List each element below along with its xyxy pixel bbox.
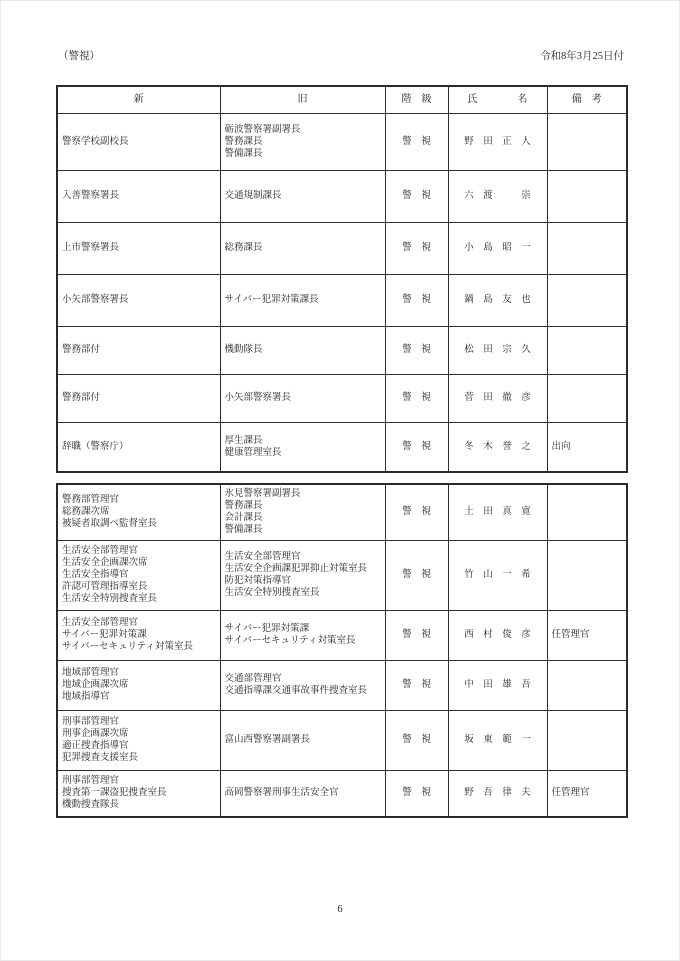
cell-remarks (547, 660, 627, 710)
cell-new-position: 警務部付 (57, 326, 220, 374)
cell-name: 冬 木 誉 之 (448, 422, 547, 472)
personnel-table-lower: 警務部管理官 総務課次席 被疑者取調べ監督室長 氷見警察署副署長 警務課長 会計… (56, 483, 628, 818)
cell-old-position: 富山西警察署副署長 (220, 710, 385, 770)
cell-name: 竹 山 一 希 (448, 540, 547, 610)
cell-new-position: 生活安全部管理官 サイバー犯罪対策課 サイバーセキュリティ対策室長 (57, 610, 220, 660)
cell-name: 野 田 正 人 (448, 113, 547, 170)
cell-rank: 警 視 (385, 770, 448, 817)
cell-remarks (547, 484, 627, 540)
cell-rank: 警 視 (385, 484, 448, 540)
cell-name: 六 渡 崇 (448, 170, 547, 222)
cell-name: 西 村 俊 彦 (448, 610, 547, 660)
cell-new-position: 刑事部管理官 捜査第一課盗犯捜査室長 機動捜査隊長 (57, 770, 220, 817)
cell-new-position: 警務部付 (57, 374, 220, 422)
cell-rank: 警 視 (385, 374, 448, 422)
cell-new-position: 小矢部警察署長 (57, 274, 220, 326)
cell-remarks (547, 170, 627, 222)
cell-name: 菅 田 徹 彦 (448, 374, 547, 422)
cell-old-position: 氷見警察署副署長 警務課長 会計課長 警備課長 (220, 484, 385, 540)
cell-new-position: 上市警察署長 (57, 222, 220, 274)
classification-label: （警視） (58, 51, 100, 63)
table-row: 警務部管理官 総務課次席 被疑者取調べ監督室長 氷見警察署副署長 警務課長 会計… (57, 484, 627, 540)
cell-rank: 警 視 (385, 170, 448, 222)
cell-old-position: 生活安全部管理官 生活安全企画課犯罪抑止対策室長 防犯対策指導官 生活安全特別捜… (220, 540, 385, 610)
table-row: 入善警察署長 交通規制課長 警 視 六 渡 崇 (57, 170, 627, 222)
cell-old-position: 機動隊長 (220, 326, 385, 374)
cell-new-position: 警察学校副校長 (57, 113, 220, 170)
page-number: 6 (1, 904, 679, 915)
cell-new-position: 生活安全部管理官 生活安全企画課次席 生活安全指導官 許認可管理指導室長 生活安… (57, 540, 220, 610)
cell-old-position: 総務課長 (220, 222, 385, 274)
cell-rank: 警 視 (385, 422, 448, 472)
cell-remarks: 出向 (547, 422, 627, 472)
cell-new-position: 警務部管理官 総務課次席 被疑者取調べ監督室長 (57, 484, 220, 540)
column-header-new: 新 (57, 86, 220, 113)
table-row: 辞職（警察庁） 厚生課長 健康管理室長 警 視 冬 木 誉 之 出向 (57, 422, 627, 472)
cell-new-position: 刑事部管理官 刑事企画課次席 適正捜査指導官 犯罪捜査支援室長 (57, 710, 220, 770)
cell-name: 坂 東 範 一 (448, 710, 547, 770)
cell-new-position: 入善警察署長 (57, 170, 220, 222)
cell-name: 野 吾 律 夫 (448, 770, 547, 817)
cell-remarks (547, 222, 627, 274)
cell-rank: 警 視 (385, 660, 448, 710)
cell-old-position: サイバー犯罪対策課 サイバーセキュリティ対策室長 (220, 610, 385, 660)
column-header-rank: 階 級 (385, 86, 448, 113)
cell-remarks (547, 326, 627, 374)
table-row: 警務部付 機動隊長 警 視 松 田 宗 久 (57, 326, 627, 374)
table-row: 上市警察署長 総務課長 警 視 小 島 昭 一 (57, 222, 627, 274)
table-row: 警察学校副校長 砺波警察署副署長 警務課長 警備課長 警 視 野 田 正 人 (57, 113, 627, 170)
table-row: 刑事部管理官 刑事企画課次席 適正捜査指導官 犯罪捜査支援室長 富山西警察署副署… (57, 710, 627, 770)
cell-remarks (547, 374, 627, 422)
table-row: 地域部管理官 地域企画課次席 地域指導官 交通部管理官 交通指導課交通事故事件捜… (57, 660, 627, 710)
cell-rank: 警 視 (385, 274, 448, 326)
column-header-old: 旧 (220, 86, 385, 113)
column-header-name: 氏 名 (448, 86, 547, 113)
table-row: 刑事部管理官 捜査第一課盗犯捜査室長 機動捜査隊長 高岡警察署刑事生活安全官 警… (57, 770, 627, 817)
cell-rank: 警 視 (385, 326, 448, 374)
table-row: 小矢部警察署長 サイバー犯罪対策課長 警 視 鍋 島 友 也 (57, 274, 627, 326)
table-header-row: 新 旧 階 級 氏 名 備 考 (57, 86, 627, 113)
cell-rank: 警 視 (385, 610, 448, 660)
cell-new-position: 地域部管理官 地域企画課次席 地域指導官 (57, 660, 220, 710)
cell-remarks (547, 540, 627, 610)
document-page: （警視） 令和8年3月25日付 新 旧 階 級 氏 名 備 考 警察学校副校長 … (0, 0, 680, 961)
cell-rank: 警 視 (385, 540, 448, 610)
table-row: 生活安全部管理官 サイバー犯罪対策課 サイバーセキュリティ対策室長 サイバー犯罪… (57, 610, 627, 660)
cell-remarks: 任管理官 (547, 770, 627, 817)
cell-name: 松 田 宗 久 (448, 326, 547, 374)
cell-old-position: 交通部管理官 交通指導課交通事故事件捜査室長 (220, 660, 385, 710)
cell-new-position: 辞職（警察庁） (57, 422, 220, 472)
effective-date-label: 令和8年3月25日付 (540, 51, 624, 63)
personnel-table-upper: 新 旧 階 級 氏 名 備 考 警察学校副校長 砺波警察署副署長 警務課長 警備… (56, 85, 628, 473)
cell-remarks (547, 710, 627, 770)
cell-name: 土 田 真 寛 (448, 484, 547, 540)
cell-remarks: 任管理官 (547, 610, 627, 660)
cell-remarks (547, 113, 627, 170)
cell-old-position: 小矢部警察署長 (220, 374, 385, 422)
table-row: 生活安全部管理官 生活安全企画課次席 生活安全指導官 許認可管理指導室長 生活安… (57, 540, 627, 610)
table-row: 警務部付 小矢部警察署長 警 視 菅 田 徹 彦 (57, 374, 627, 422)
cell-old-position: 高岡警察署刑事生活安全官 (220, 770, 385, 817)
cell-name: 中 田 雄 吾 (448, 660, 547, 710)
cell-name: 小 島 昭 一 (448, 222, 547, 274)
column-header-remarks: 備 考 (547, 86, 627, 113)
cell-rank: 警 視 (385, 113, 448, 170)
cell-old-position: サイバー犯罪対策課長 (220, 274, 385, 326)
cell-rank: 警 視 (385, 710, 448, 770)
cell-old-position: 交通規制課長 (220, 170, 385, 222)
cell-name: 鍋 島 友 也 (448, 274, 547, 326)
cell-remarks (547, 274, 627, 326)
cell-rank: 警 視 (385, 222, 448, 274)
cell-old-position: 砺波警察署副署長 警務課長 警備課長 (220, 113, 385, 170)
cell-old-position: 厚生課長 健康管理室長 (220, 422, 385, 472)
